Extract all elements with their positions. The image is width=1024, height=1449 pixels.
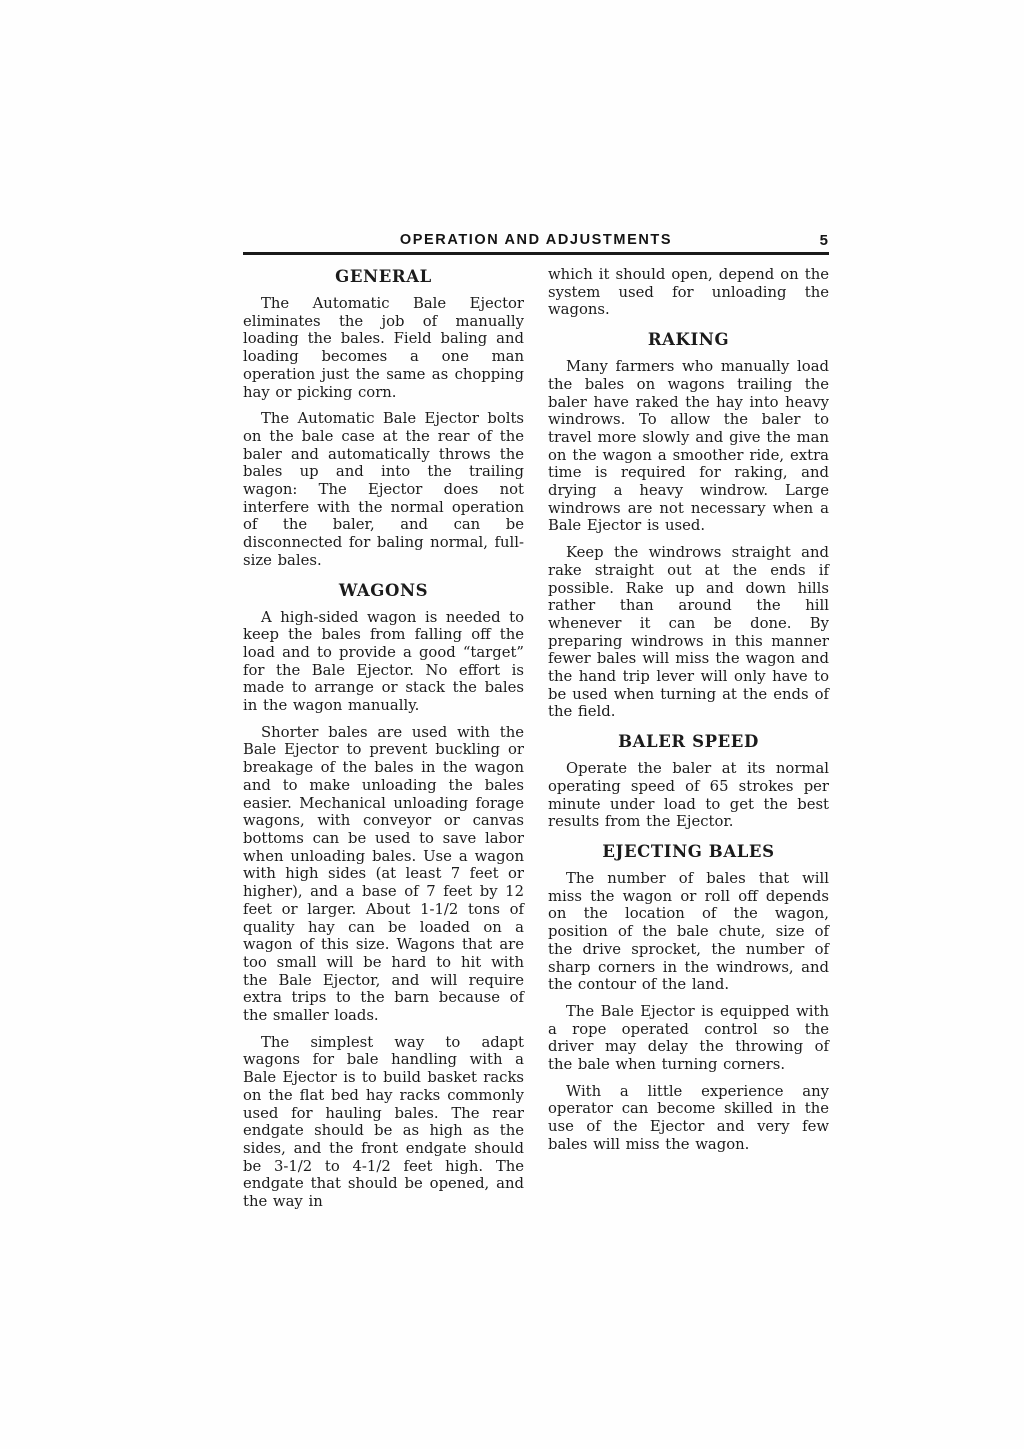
body-paragraph: The Automatic Bale Ejector bolts on the … [243,410,524,569]
body-paragraph: The Automatic Bale Ejector eliminates th… [243,295,524,401]
right-column: which it should open, depend on the syst… [548,266,829,1220]
paragraph-continued: which it should open, depend on the syst… [548,266,829,319]
manual-page: OPERATION AND ADJUSTMENTS 5 GENERALThe A… [0,0,1024,1449]
body-paragraph: With a little experience any operator ca… [548,1083,829,1154]
section-heading: BALER SPEED [548,732,829,751]
section-heading: EJECTING BALES [548,842,829,861]
body-paragraph: Operate the baler at its normal operatin… [548,760,829,831]
body-paragraph: A high-sided wagon is needed to keep the… [243,609,524,715]
section-heading: RAKING [548,330,829,349]
body-paragraph: Keep the windrows straight and rake stra… [548,544,829,721]
page-header: OPERATION AND ADJUSTMENTS 5 [243,232,829,255]
body-paragraph: The number of bales that will miss the w… [548,870,829,994]
left-column: GENERALThe Automatic Bale Ejector elimin… [243,266,524,1220]
body-paragraph: The simplest way to adapt wagons for bal… [243,1034,524,1211]
page-number: 5 [820,232,828,249]
page-header-title: OPERATION AND ADJUSTMENTS [400,232,672,248]
section-heading: GENERAL [243,267,524,286]
section-heading: WAGONS [243,581,524,600]
body-paragraph: Many farmers who manually load the bales… [548,358,829,535]
body-paragraph: Shorter bales are used with the Bale Eje… [243,724,524,1025]
text-columns: GENERALThe Automatic Bale Ejector elimin… [243,266,829,1220]
body-paragraph: The Bale Ejector is equipped with a rope… [548,1003,829,1074]
page-content: OPERATION AND ADJUSTMENTS 5 GENERALThe A… [243,232,829,1220]
